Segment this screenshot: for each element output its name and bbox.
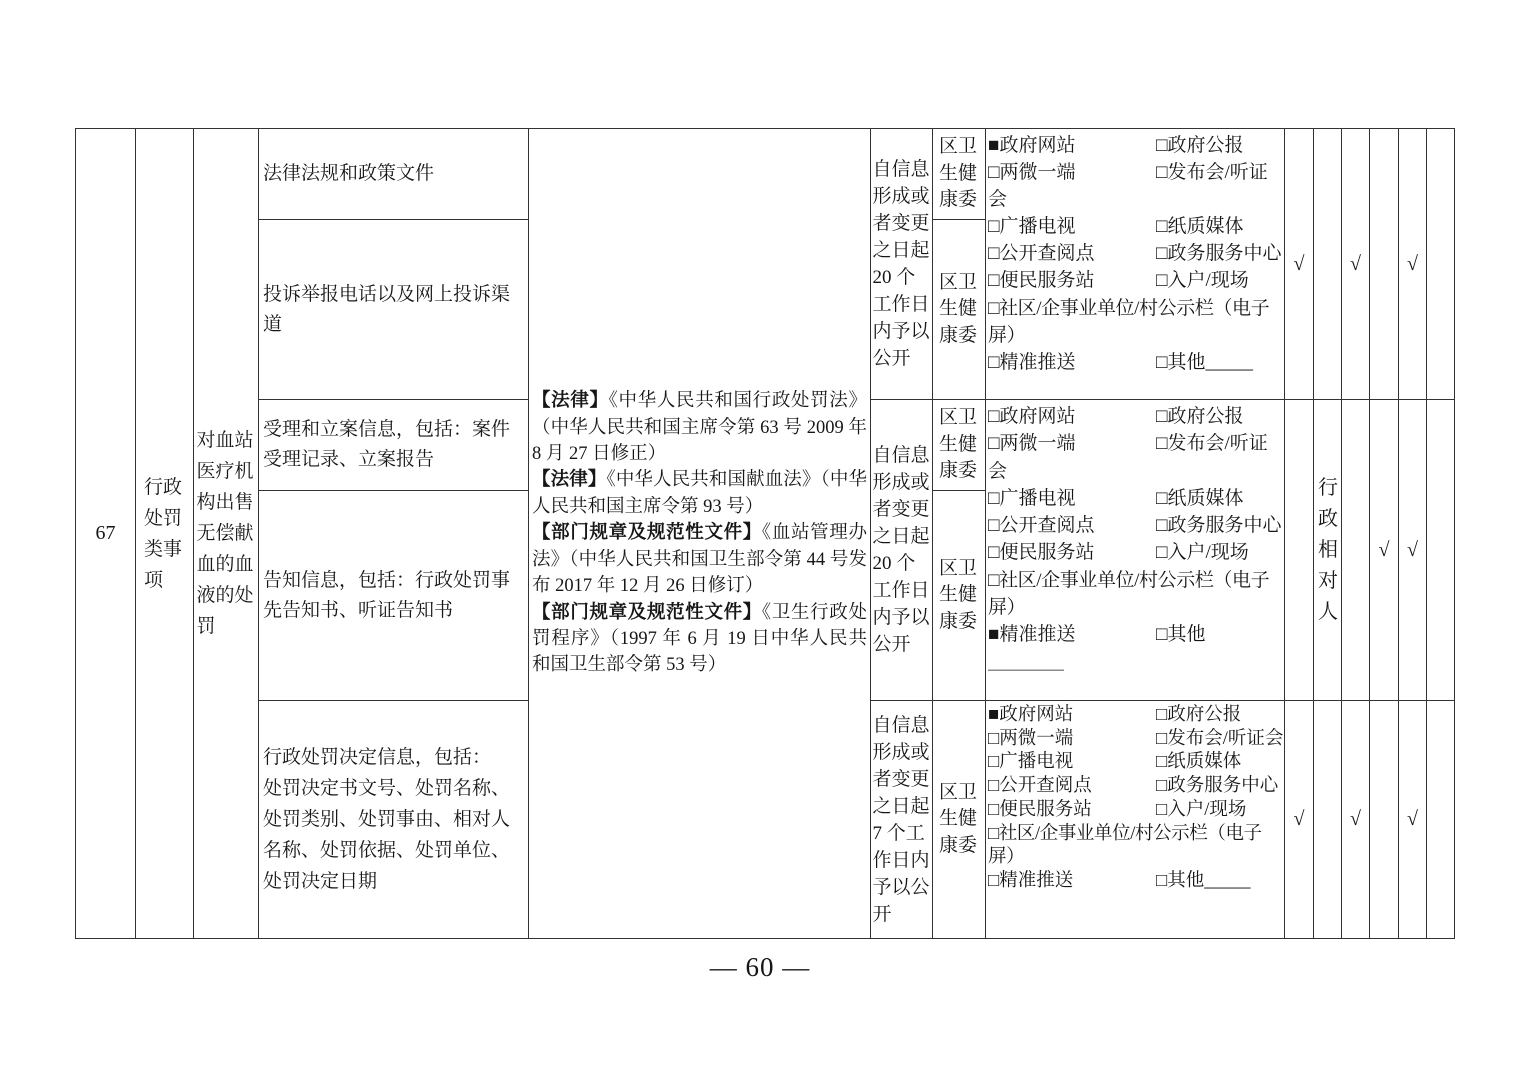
check-mark: √: [1294, 251, 1305, 278]
checkbox-icon: □: [1156, 542, 1167, 563]
time-limit-cell-3: 自信息形成或者变更之日起 7 个工作日内予以公开: [871, 701, 933, 939]
channel-row: ＿＿＿＿: [988, 649, 1284, 676]
channel-option: □便民服务站: [988, 799, 1156, 823]
channel-row: □便民服务站□入户/现场: [988, 267, 1284, 294]
checkbox-icon: □: [988, 824, 999, 844]
checkbox-checked-icon: ■: [988, 135, 999, 156]
org-cell-3: 区卫生健康委: [933, 400, 986, 491]
content-row-2: 投诉举报电话以及网上投诉渠道: [259, 220, 529, 400]
empty-mark-cell: [1314, 701, 1342, 939]
channel-option: □政务服务中心: [1156, 515, 1282, 536]
checkbox-icon: □: [1156, 776, 1167, 796]
check-mark: √: [1407, 806, 1418, 833]
channel-option: □两微一端: [988, 159, 1156, 186]
channel-row: □精准推送□其他_____: [988, 870, 1284, 894]
legal-basis-tag: 【部门规章及规范性文件】: [532, 603, 762, 623]
channel-row: □广播电视□纸质媒体: [988, 751, 1284, 775]
checkbox-icon: □: [988, 433, 999, 454]
checkbox-icon: □: [1156, 433, 1167, 454]
blank-underline: ＿＿＿＿: [988, 652, 1064, 673]
channel-row: □政府网站□政府公报: [988, 403, 1284, 430]
channel-option: □其他_____: [1156, 871, 1250, 891]
channel-option: □广播电视: [988, 213, 1156, 240]
empty-mark-cell: [1314, 129, 1342, 400]
channel-option: □政府公报: [1156, 135, 1244, 156]
checkbox-icon: □: [988, 515, 999, 536]
audience-cell: 行政相对人: [1314, 400, 1342, 701]
checkbox-icon: □: [988, 776, 999, 796]
org-cell-1: 区卫生健康委: [933, 129, 986, 220]
channel-option: □两微一端: [988, 728, 1156, 752]
channel-row: ■政府网站□政府公报: [988, 704, 1284, 728]
checkbox-icon: □: [1156, 752, 1167, 772]
channel-row: □社区/企事业单位/村公示栏（电子屏）: [988, 823, 1284, 870]
checkbox-icon: □: [1156, 488, 1167, 509]
channel-option: ■精准推送: [988, 621, 1156, 648]
empty-mark-cell: [1427, 400, 1455, 701]
legal-basis-tag: 【部门规章及规范性文件】: [532, 523, 762, 543]
check-mark: √: [1379, 537, 1390, 564]
check-mark: √: [1350, 251, 1361, 278]
empty-mark-cell: [1370, 701, 1399, 939]
page-number: — 60 —: [0, 952, 1520, 983]
channel-row: □公开查阅点□政务服务中心: [988, 240, 1284, 267]
check-mark: √: [1407, 537, 1418, 564]
channel-option: □广播电视: [988, 485, 1156, 512]
time-limit-text: 自信息形成或者变更之日起 7 个工作日内予以公开: [873, 712, 931, 928]
content-row-4: 告知信息，包括：行政处罚事先告知书、听证告知书: [259, 491, 529, 701]
empty-mark-cell: [1427, 129, 1455, 400]
checkbox-icon: □: [1156, 243, 1167, 264]
channel-row: □两微一端□发布会/听证会: [988, 430, 1284, 485]
channel-block-3: ■政府网站□政府公报□两微一端□发布会/听证会□广播电视□纸质媒体□公开查阅点□…: [986, 701, 1285, 939]
channel-row: □公开查阅点□政务服务中心: [988, 775, 1284, 799]
org-label: 区卫生健康委: [939, 270, 979, 350]
channel-option: □精准推送: [988, 349, 1156, 376]
channel-row: □社区/企事业单位/村公示栏（电子屏）: [988, 295, 1284, 349]
checkmark-cell: √: [1399, 400, 1427, 701]
channel-row: □社区/企事业单位/村公示栏（电子屏）: [988, 567, 1284, 622]
checkmark-cell: √: [1399, 701, 1427, 939]
channel-option: □社区/企事业单位/村公示栏（电子屏）: [988, 824, 1262, 868]
checkbox-checked-icon: ■: [988, 705, 999, 725]
channel-option: □政府公报: [1156, 705, 1241, 725]
channel-option: □入户/现场: [1156, 542, 1249, 563]
time-limit-text: 自信息形成或者变更之日起 20 个工作日内予以公开: [873, 442, 931, 658]
channel-option: □纸质媒体: [1156, 216, 1244, 237]
channel-row: □两微一端□发布会/听证会: [988, 159, 1284, 213]
channel-option: □政务服务中心: [1156, 243, 1282, 264]
channel-option: □公开查阅点: [988, 775, 1156, 799]
checkbox-icon: □: [1156, 352, 1167, 373]
checkbox-icon: □: [1156, 705, 1167, 725]
item-name-label: 对血站医疗机构出售无偿献血的血液的处罚: [197, 425, 256, 642]
checkmark-cell: √: [1285, 701, 1314, 939]
org-label: 区卫生健康委: [939, 780, 979, 860]
empty-mark-cell: [1285, 400, 1314, 701]
legal-basis-cell: 【法律】《中华人民共和国行政处罚法》（中华人民共和国主席令第 63 号 2009…: [529, 129, 871, 939]
channel-option: □社区/企事业单位/村公示栏（电子屏）: [988, 298, 1269, 346]
content-row-3: 受理和立案信息，包括：案件受理记录、立案报告: [259, 400, 529, 491]
checkbox-icon: □: [988, 216, 999, 237]
empty-mark-cell: [1342, 400, 1370, 701]
checkbox-checked-icon: ■: [988, 624, 999, 645]
audience-label: 行政相对人: [1318, 473, 1337, 628]
channel-row: □广播电视□纸质媒体: [988, 213, 1284, 240]
channel-row: ■政府网站□政府公报: [988, 132, 1284, 159]
checkbox-icon: □: [988, 270, 999, 291]
checkbox-icon: □: [1156, 515, 1167, 536]
checkbox-icon: □: [1156, 800, 1167, 820]
channel-option: □两微一端: [988, 430, 1156, 457]
channel-option: ■政府网站: [988, 704, 1156, 728]
seq-number-cell: 67: [76, 129, 136, 939]
org-cell-5: 区卫生健康委: [933, 701, 986, 939]
checkbox-icon: □: [988, 162, 999, 183]
checkbox-icon: □: [988, 729, 999, 749]
channel-option: □政务服务中心: [1156, 776, 1278, 796]
org-label: 区卫生健康委: [939, 556, 979, 636]
checkbox-icon: □: [1156, 162, 1167, 183]
checkmark-cell: √: [1342, 701, 1370, 939]
channel-option: □政府网站: [988, 403, 1156, 430]
checkmark-cell: √: [1370, 400, 1399, 701]
channel-block-1: ■政府网站□政府公报□两微一端□发布会/听证会□广播电视□纸质媒体□公开查阅点□…: [986, 129, 1285, 400]
checkbox-icon: □: [988, 352, 999, 373]
legal-basis-entry: 【法律】《中华人民共和国献血法》（中华人民共和国主席令第 93 号）: [532, 467, 867, 520]
channel-option: □其他: [1156, 624, 1206, 645]
content-row-5: 行政处罚决定信息，包括： 处罚决定书文号、处罚名称、处罚类别、处罚事由、相对人名…: [259, 701, 529, 939]
category-cell: 行政处罚类事项: [136, 129, 194, 939]
channel-option: □精准推送: [988, 870, 1156, 894]
checkbox-icon: □: [988, 542, 999, 563]
checkmark-cell: √: [1342, 129, 1370, 400]
penalty-items-table: 67 行政处罚类事项 对血站医疗机构出售无偿献血的血液的处罚 法律法规和政策文件…: [75, 128, 1455, 939]
legal-basis-entry: 【部门规章及规范性文件】《卫生行政处罚程序》（1997 年 6 月 19 日中华…: [532, 600, 867, 679]
org-cell-4: 区卫生健康委: [933, 491, 986, 701]
org-cell-2: 区卫生健康委: [933, 220, 986, 400]
org-label: 区卫生健康委: [939, 405, 979, 485]
channel-option: □便民服务站: [988, 267, 1156, 294]
channel-option: □入户/现场: [1156, 270, 1249, 291]
empty-mark-cell: [1370, 129, 1399, 400]
time-limit-cell-1: 自信息形成或者变更之日起 20 个工作日内予以公开: [871, 129, 933, 400]
channel-row: □广播电视□纸质媒体: [988, 485, 1284, 512]
checkbox-icon: □: [988, 871, 999, 891]
time-limit-cell-2: 自信息形成或者变更之日起 20 个工作日内予以公开: [871, 400, 933, 701]
channel-row: □便民服务站□入户/现场: [988, 799, 1284, 823]
checkbox-icon: □: [1156, 871, 1167, 891]
item-name-cell: 对血站医疗机构出售无偿献血的血液的处罚: [194, 129, 259, 939]
channel-row: □两微一端□发布会/听证会: [988, 728, 1284, 752]
checkbox-icon: □: [988, 298, 999, 319]
channel-option: ■政府网站: [988, 132, 1156, 159]
channel-block-2: □政府网站□政府公报□两微一端□发布会/听证会□广播电视□纸质媒体□公开查阅点□…: [986, 400, 1285, 701]
check-mark: √: [1407, 251, 1418, 278]
time-limit-text: 自信息形成或者变更之日起 20 个工作日内予以公开: [873, 156, 931, 372]
channel-option: □政府公报: [1156, 406, 1244, 427]
checkbox-icon: □: [988, 243, 999, 264]
checkbox-icon: □: [988, 488, 999, 509]
channel-row: □公开查阅点□政务服务中心: [988, 512, 1284, 539]
checkmark-cell: √: [1285, 129, 1314, 400]
legal-basis-entry: 【法律】《中华人民共和国行政处罚法》（中华人民共和国主席令第 63 号 2009…: [532, 388, 867, 467]
channel-row: □精准推送□其他_____: [988, 349, 1284, 376]
channel-option: □便民服务站: [988, 539, 1156, 566]
document-page: 67 行政处罚类事项 对血站医疗机构出售无偿献血的血液的处罚 法律法规和政策文件…: [0, 0, 1520, 1074]
checkbox-icon: □: [1156, 270, 1167, 291]
legal-basis-entry: 【部门规章及规范性文件】《血站管理办法》（中华人民共和国卫生部令第 44 号发布…: [532, 520, 867, 599]
channel-option: □其他_____: [1156, 352, 1253, 373]
checkbox-icon: □: [1156, 216, 1167, 237]
channel-row: □便民服务站□入户/现场: [988, 539, 1284, 566]
legal-basis-tag: 【法律】: [532, 391, 609, 411]
channel-option: □发布会/听证会: [1156, 729, 1283, 749]
checkbox-icon: □: [1156, 729, 1167, 749]
channel-option: □公开查阅点: [988, 512, 1156, 539]
checkbox-icon: □: [988, 570, 999, 591]
channel-option: □公开查阅点: [988, 240, 1156, 267]
checkmark-cell: √: [1399, 129, 1427, 400]
check-mark: √: [1350, 806, 1361, 833]
checkbox-icon: □: [988, 406, 999, 427]
channel-option: □纸质媒体: [1156, 488, 1244, 509]
channel-option: □广播电视: [988, 751, 1156, 775]
checkbox-icon: □: [988, 752, 999, 772]
checkbox-icon: □: [1156, 406, 1167, 427]
channel-option: □社区/企事业单位/村公示栏（电子屏）: [988, 570, 1269, 618]
check-mark: √: [1294, 806, 1305, 833]
org-label: 区卫生健康委: [939, 134, 979, 214]
category-label: 行政处罚类事项: [144, 472, 185, 596]
channel-option: □纸质媒体: [1156, 752, 1241, 772]
legal-basis-tag: 【法律】: [532, 470, 606, 490]
empty-mark-cell: [1427, 701, 1455, 939]
checkbox-icon: □: [1156, 624, 1167, 645]
channel-option: □入户/现场: [1156, 800, 1246, 820]
content-row-1: 法律法规和政策文件: [259, 129, 529, 220]
channel-row: ■精准推送□其他: [988, 621, 1284, 648]
checkbox-icon: □: [988, 800, 999, 820]
checkbox-icon: □: [1156, 135, 1167, 156]
